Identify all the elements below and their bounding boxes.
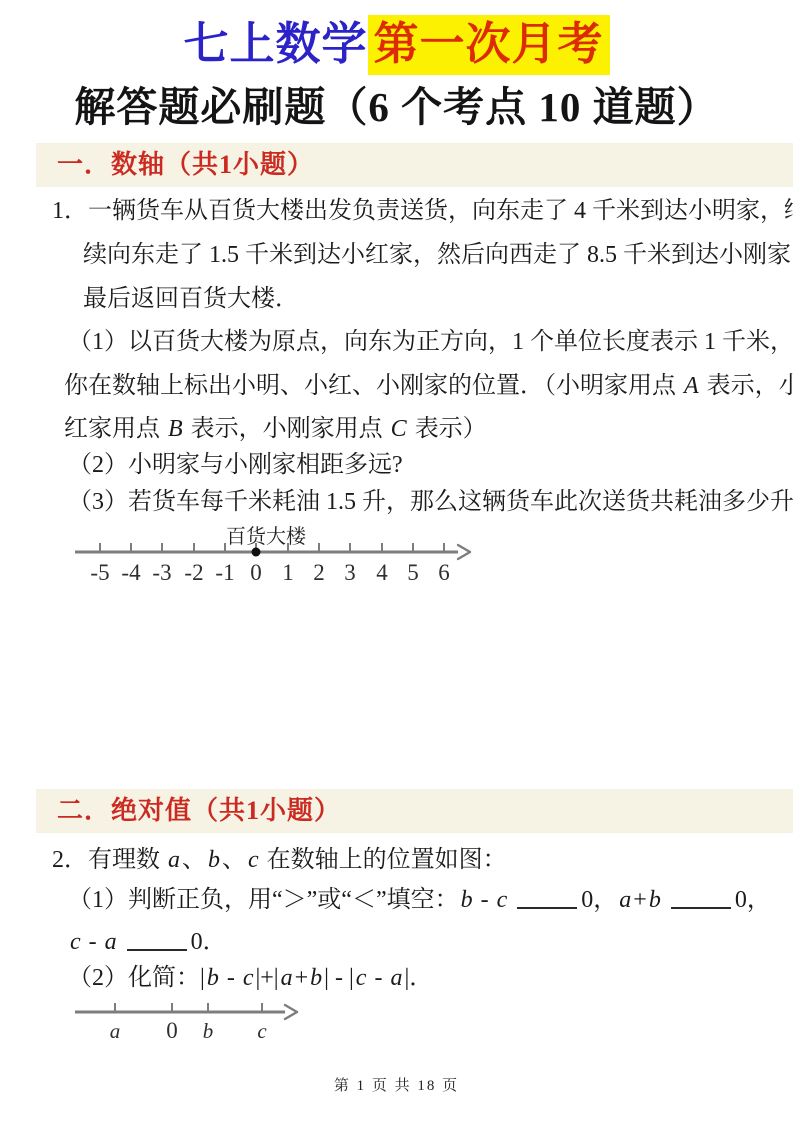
problem2-part1-line-1: （1）判断正负，用“＞”或“＜”填空：b - c0，a+b0， — [68, 882, 771, 915]
svg-text:2: 2 — [313, 560, 325, 585]
svg-text:b: b — [203, 1019, 214, 1043]
svg-text:3: 3 — [344, 560, 356, 585]
svg-text:百货大楼: 百货大楼 — [226, 525, 307, 548]
page-subtitle: 解答题必刷题（6 个考点 10 道题） — [0, 79, 793, 135]
svg-text:a: a — [110, 1019, 121, 1043]
svg-text:6: 6 — [438, 560, 450, 585]
page-number: 第 1 页 共 18 页 — [0, 1074, 793, 1095]
svg-text:-2: -2 — [184, 560, 203, 585]
problem1-part1-line-1: （1）以百货大楼为原点，向东为正方向，1 个单位长度表示 1 千米，请 — [68, 327, 793, 357]
problem1-part2-line: （2）小明家与小刚家相距多远? — [68, 450, 403, 480]
page-title: 七上数学第一次月考 — [0, 13, 793, 75]
problem2-part1-line-2: c - a0． — [68, 924, 227, 957]
svg-text:-3: -3 — [152, 560, 171, 585]
problem2-line-1: 2．有理数 a、b、c 在数轴上的位置如图： — [52, 845, 507, 875]
svg-text:-1: -1 — [215, 560, 234, 585]
svg-text:c: c — [257, 1019, 267, 1043]
svg-text:0: 0 — [166, 1018, 178, 1043]
title-blue-part: 七上数学 — [183, 19, 367, 69]
number-line-1: -5-4-3-2-10123456百货大楼 — [66, 516, 496, 595]
worksheet-page: 七上数学第一次月考 解答题必刷题（6 个考点 10 道题） 一．数轴（共1小题）… — [0, 0, 793, 1122]
svg-text:-5: -5 — [90, 560, 109, 585]
problem1-line-1: 1．一辆货车从百货大楼出发负责送货，向东走了 4 千米到达小明家，继 — [52, 196, 793, 226]
problem1-part3-line: （3）若货车每千米耗油 1.5 升，那么这辆货车此次送货共耗油多少升? — [68, 487, 793, 517]
svg-text:1: 1 — [282, 560, 294, 585]
title-highlight-part: 第一次月考 — [368, 15, 610, 75]
section2-heading-band: 二．绝对值（共1小题） — [36, 789, 793, 833]
problem1-line-2: 续向东走了 1.5 千米到达小红家，然后向西走了 8.5 千米到达小刚家， — [83, 240, 793, 270]
number-line-2: a0bc — [66, 985, 326, 1052]
svg-text:4: 4 — [376, 560, 388, 585]
section1-heading-band: 一．数轴（共1小题） — [36, 143, 793, 187]
section2-heading: 二．绝对值（共1小题） — [36, 789, 341, 833]
section1-heading: 一．数轴（共1小题） — [36, 143, 314, 187]
svg-text:5: 5 — [407, 560, 419, 585]
svg-text:0: 0 — [250, 560, 262, 585]
problem1-part1-line-3: 红家用点 B 表示，小刚家用点 C 表示） — [64, 414, 487, 444]
problem1-line-3: 最后返回百货大楼． — [83, 284, 299, 314]
problem1-part1-line-2: 你在数轴上标出小明、小红、小刚家的位置．（小明家用点 A 表示，小 — [64, 371, 793, 401]
svg-text:-4: -4 — [121, 560, 141, 585]
